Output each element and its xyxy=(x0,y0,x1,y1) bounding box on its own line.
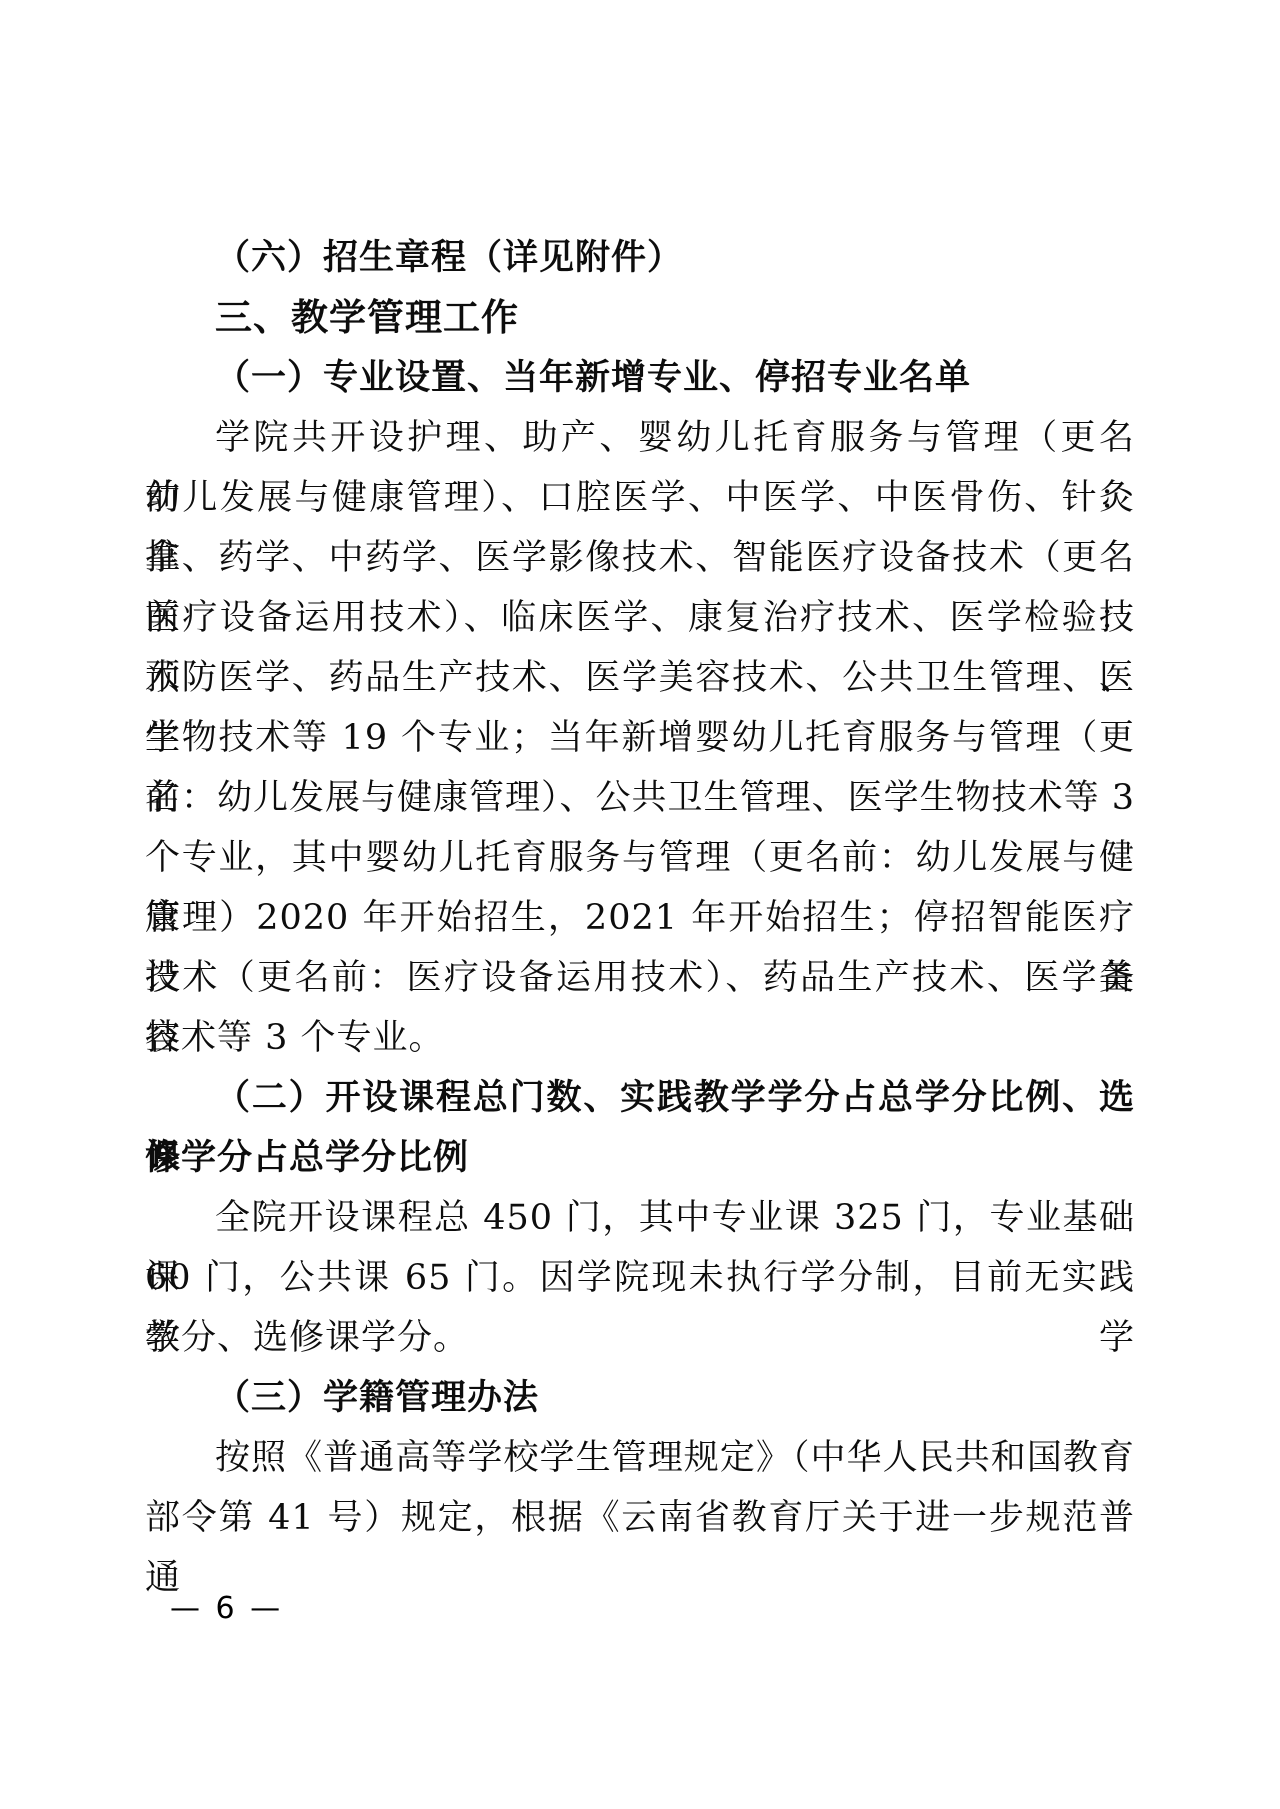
paragraph-majors-line-9: 管理）2020 年开始招生，2021 年开始招生；停招智能医疗设备 xyxy=(145,888,1135,948)
paragraph-majors-line-1: 学院共开设护理、助产、婴幼儿托育服务与管理（更名前： xyxy=(145,408,1135,468)
heading-item-6: （六）招生章程（详见附件） xyxy=(145,228,1135,288)
paragraph-majors-line-7: 前：幼儿发展与健康管理）、公共卫生管理、医学生物技术等 3 xyxy=(145,768,1135,828)
paragraph-majors-line-5: 预防医学、药品生产技术、医学美容技术、公共卫生管理、医学 xyxy=(145,648,1135,708)
heading-chapter-3-teaching-management: 三、教学管理工作 xyxy=(145,288,1135,348)
paragraph-majors-line-6: 生物技术等 19 个专业；当年新增婴幼儿托育服务与管理（更名 xyxy=(145,708,1135,768)
paragraph-majors-line-8: 个专业，其中婴幼儿托育服务与管理（更名前：幼儿发展与健康 xyxy=(145,828,1135,888)
paragraph-majors-line-11: 技术等 3 个专业。 xyxy=(145,1008,1135,1068)
paragraph-courses-line-2: 60 门，公共课 65 门。因学院现未执行学分制，目前无实践教学 xyxy=(145,1248,1135,1308)
heading-subsection-2-courses-line-2: 课学分占总学分比例 xyxy=(145,1128,1135,1188)
page-number: — 6 — xyxy=(170,1588,283,1630)
paragraph-courses-line-1: 全院开设课程总 450 门，其中专业课 325 门，专业基础课 xyxy=(145,1188,1135,1248)
document-page: （六）招生章程（详见附件） 三、教学管理工作 （一）专业设置、当年新增专业、停招… xyxy=(0,0,1280,1809)
paragraph-majors-line-10: 技术（更名前：医疗设备运用技术）、药品生产技术、医学美容 xyxy=(145,948,1135,1008)
paragraph-records-line-1: 按照《普通高等学校学生管理规定》（中华人民共和国教育 xyxy=(145,1428,1135,1488)
heading-subsection-2-courses-line-1: （二）开设课程总门数、实践教学学分占总学分比例、选修 xyxy=(145,1068,1135,1128)
heading-subsection-3-student-records: （三）学籍管理办法 xyxy=(145,1368,1135,1428)
paragraph-majors-line-3: 拿、药学、中药学、医学影像技术、智能医疗设备技术（更名前： xyxy=(145,528,1135,588)
paragraph-records-line-2: 部令第 41 号）规定，根据《云南省教育厅关于进一步规范普通 xyxy=(145,1488,1135,1548)
paragraph-majors-line-4: 医疗设备运用技术）、临床医学、康复治疗技术、医学检验技术、 xyxy=(145,588,1135,648)
heading-subsection-1-majors: （一）专业设置、当年新增专业、停招专业名单 xyxy=(145,348,1135,408)
document-body: （六）招生章程（详见附件） 三、教学管理工作 （一）专业设置、当年新增专业、停招… xyxy=(145,228,1135,1548)
paragraph-majors-line-2: 幼儿发展与健康管理）、口腔医学、中医学、中医骨伤、针灸推 xyxy=(145,468,1135,528)
